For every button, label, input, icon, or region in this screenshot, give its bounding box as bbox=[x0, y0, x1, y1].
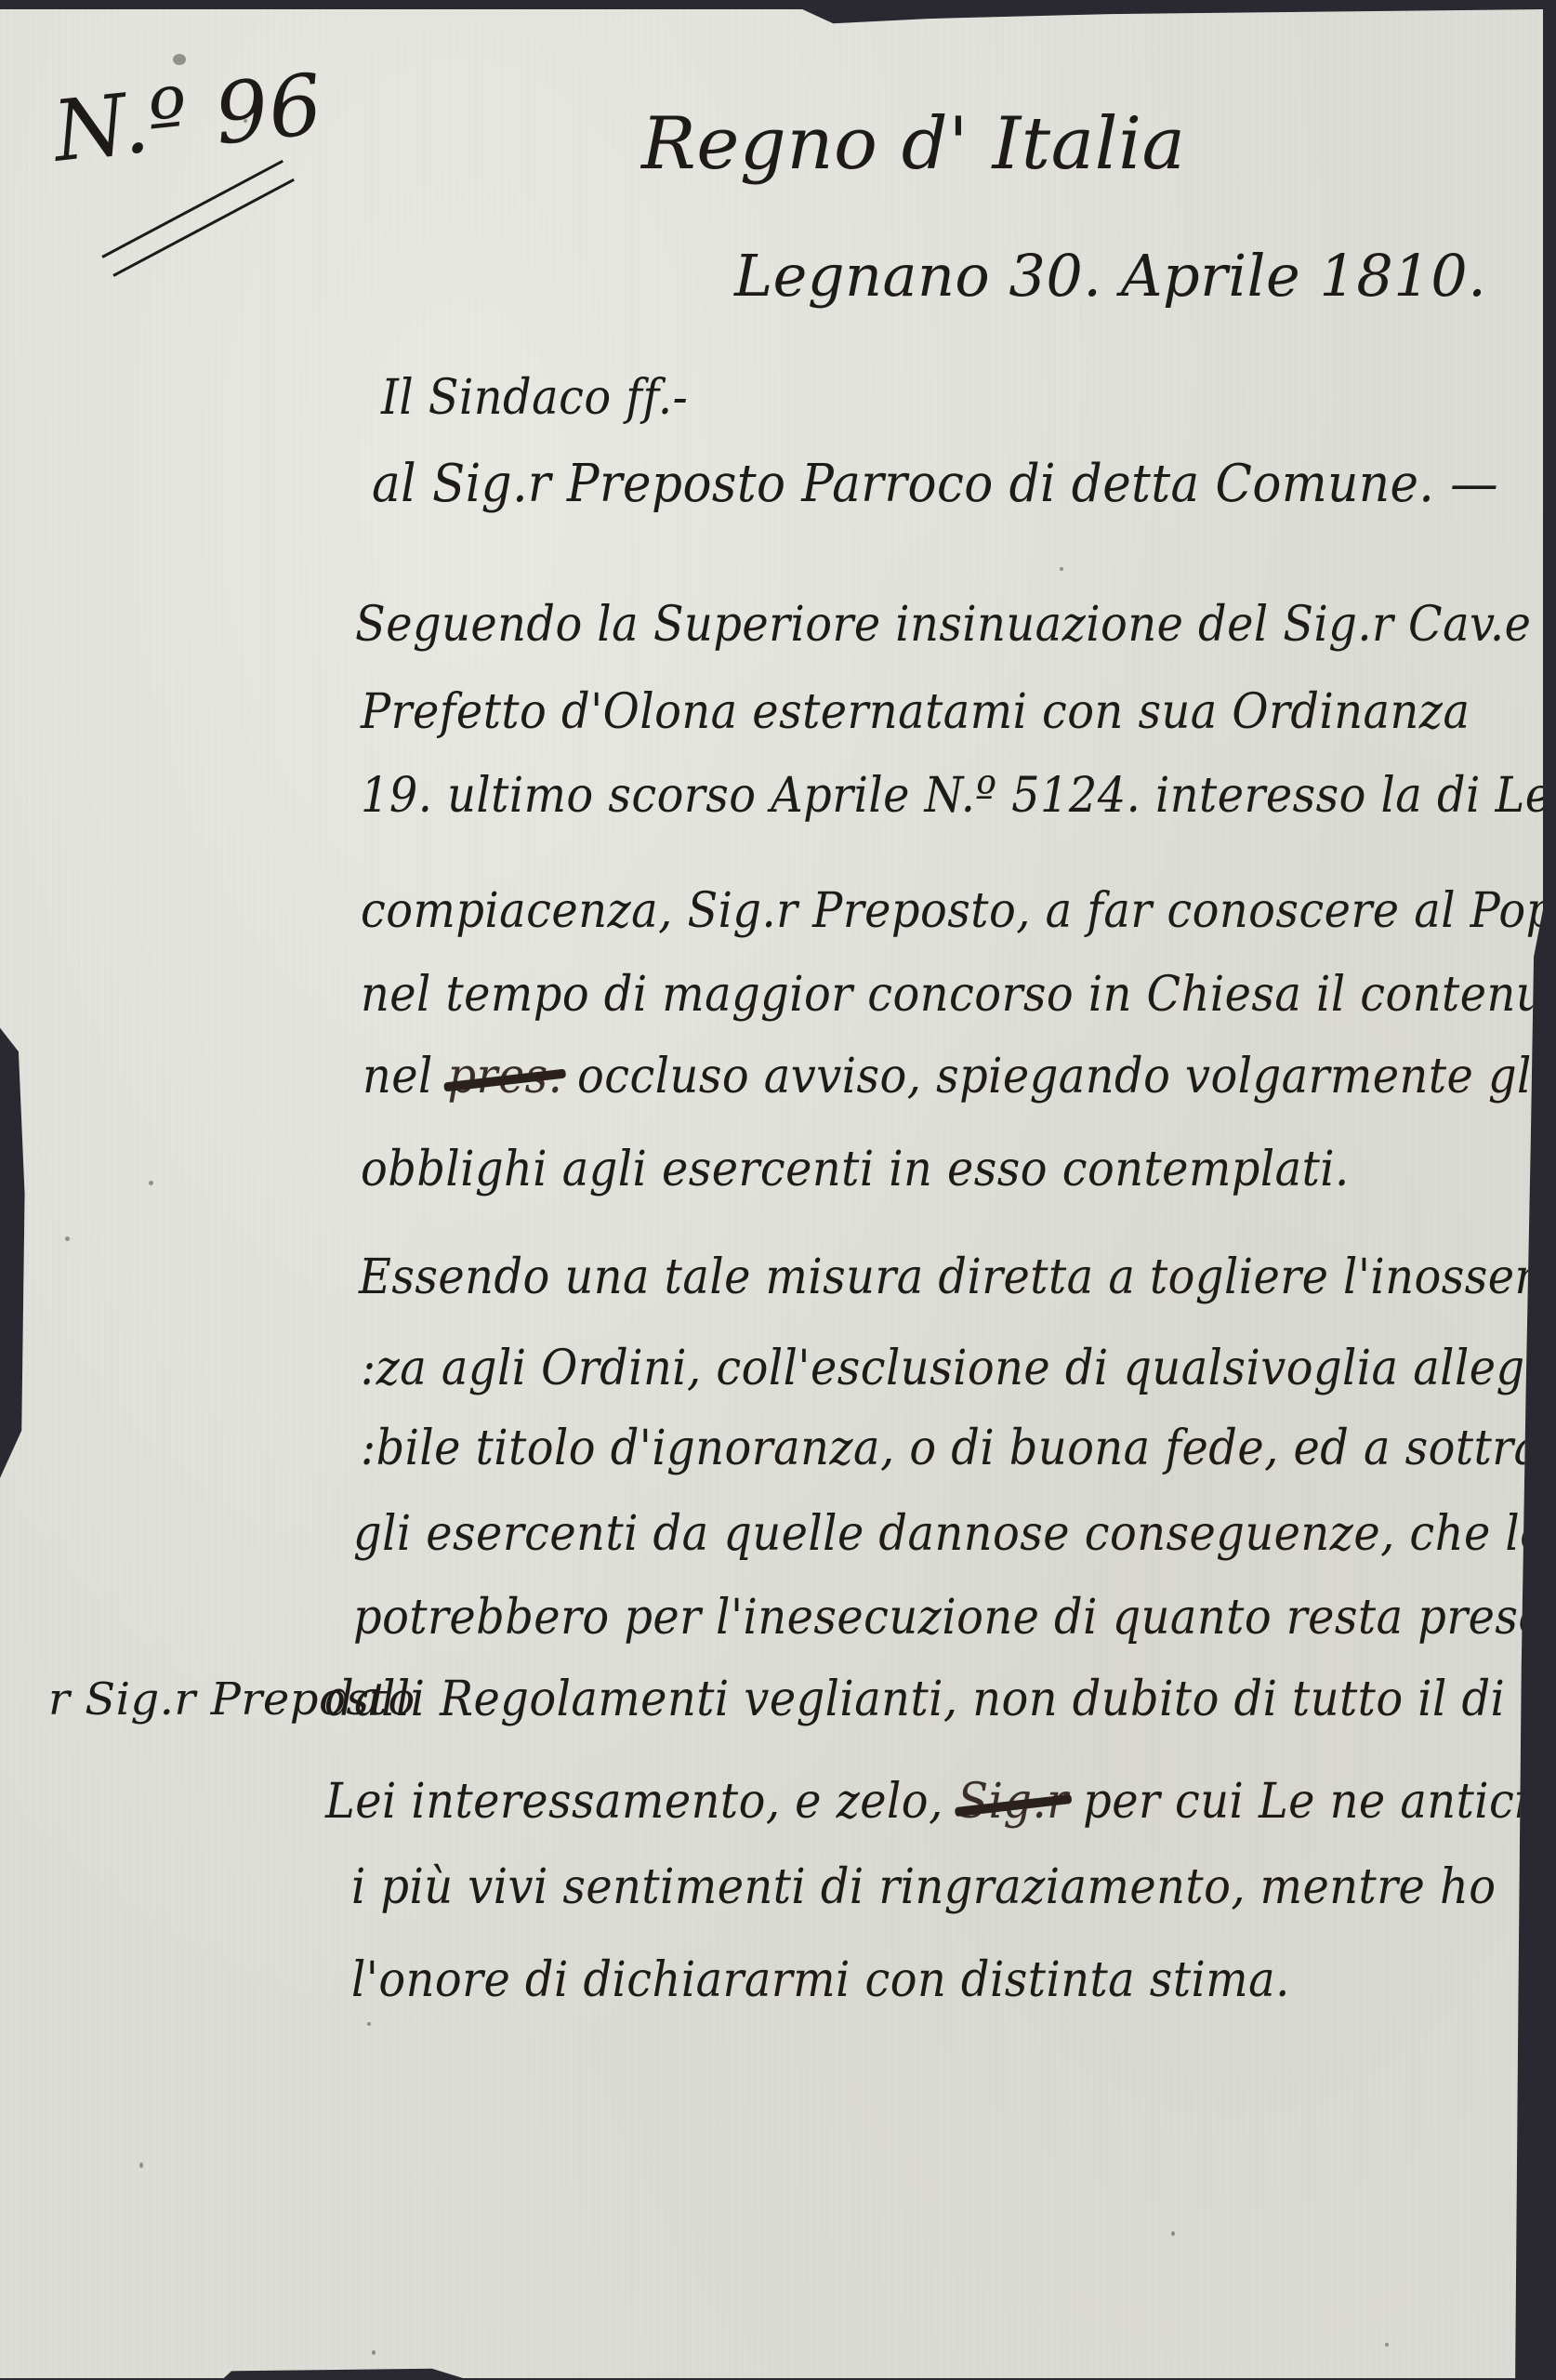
line-text-before: nel bbox=[363, 1049, 447, 1104]
place-date: Legnano 30. Aprile 1810. bbox=[734, 242, 1486, 310]
paragraph-2-line-7-with-strike: Lei interessamento, e zelo, Sig.r per cu… bbox=[325, 1774, 1556, 1830]
paper-speck bbox=[367, 2022, 371, 2026]
document-number: N.º 96 bbox=[49, 56, 327, 181]
paper-speck bbox=[139, 2162, 143, 2168]
paragraph-1-line-6-with-strike: nel pres. occluso avviso, spiegando volg… bbox=[363, 1049, 1547, 1104]
paragraph-2-line-8: i più vivi sentimenti di ringraziamento,… bbox=[351, 1859, 1497, 1915]
paragraph-2-line-4: gli esercenti da quelle dannose consegue… bbox=[353, 1506, 1556, 1562]
paragraph-2-line-2: :za agli Ordini, coll'esclusione di qual… bbox=[361, 1341, 1552, 1396]
line-text-before: Lei interessamento, e zelo, bbox=[325, 1774, 957, 1830]
paper-speck bbox=[149, 1181, 153, 1185]
line-text-after: occluso avviso, spiegando volgarmente gl… bbox=[562, 1049, 1546, 1104]
paragraph-2-line-3: :bile titolo d'ignoranza, o di buona fed… bbox=[361, 1421, 1556, 1476]
scan-background: N.º 96 Regno d' Italia Legnano 30. April… bbox=[0, 0, 1556, 2380]
margin-note: r Sig.r Preposto bbox=[48, 1673, 415, 1725]
struck-word: Sig.r bbox=[957, 1774, 1068, 1830]
number-underline bbox=[112, 178, 295, 277]
paper-speck bbox=[1060, 567, 1063, 571]
paragraph-1-line-5: nel tempo di maggior concorso in Chiesa … bbox=[361, 967, 1556, 1023]
number-underline bbox=[101, 160, 284, 258]
paper-speck bbox=[1385, 2343, 1389, 2347]
recipient-line: al Sig.r Preposto Parroco di detta Comun… bbox=[372, 454, 1498, 514]
paper-speck bbox=[173, 54, 186, 65]
paragraph-1-line-4: compiacenza, Sig.r Preposto, a far conos… bbox=[361, 883, 1556, 939]
paragraph-1-line-7: obblighi agli esercenti in esso contempl… bbox=[361, 1142, 1350, 1197]
paragraph-2-line-6: dalli Regolamenti veglianti, non dubito … bbox=[325, 1672, 1505, 1727]
struck-word: pres. bbox=[447, 1049, 562, 1104]
paper-speck bbox=[1171, 2231, 1175, 2236]
sender-line: Il Sindaco ff.- bbox=[381, 370, 688, 426]
paragraph-2-line-1: Essendo una tale misura diretta a toglie… bbox=[359, 1249, 1556, 1305]
paper-speck bbox=[372, 2350, 376, 2355]
paragraph-1-line-2: Prefetto d'Olona esternatami con sua Ord… bbox=[361, 684, 1470, 740]
paragraph-1-line-1: Seguendo la Superiore insinuazione del S… bbox=[355, 597, 1531, 653]
line-text-after: per cui Le ne anticipo bbox=[1068, 1774, 1556, 1830]
header-title: Regno d' Italia bbox=[641, 102, 1186, 186]
manuscript-page: N.º 96 Regno d' Italia Legnano 30. April… bbox=[0, 9, 1543, 2378]
paper-speck bbox=[65, 1236, 70, 1241]
paragraph-2-line-5: potrebbero per l'inesecuzione di quanto … bbox=[353, 1590, 1556, 1646]
paragraph-1-line-3: 19. ultimo scorso Aprile N.º 5124. inter… bbox=[361, 768, 1556, 824]
paragraph-2-line-9: l'onore di dichiararmi con distinta stim… bbox=[351, 1952, 1290, 2008]
